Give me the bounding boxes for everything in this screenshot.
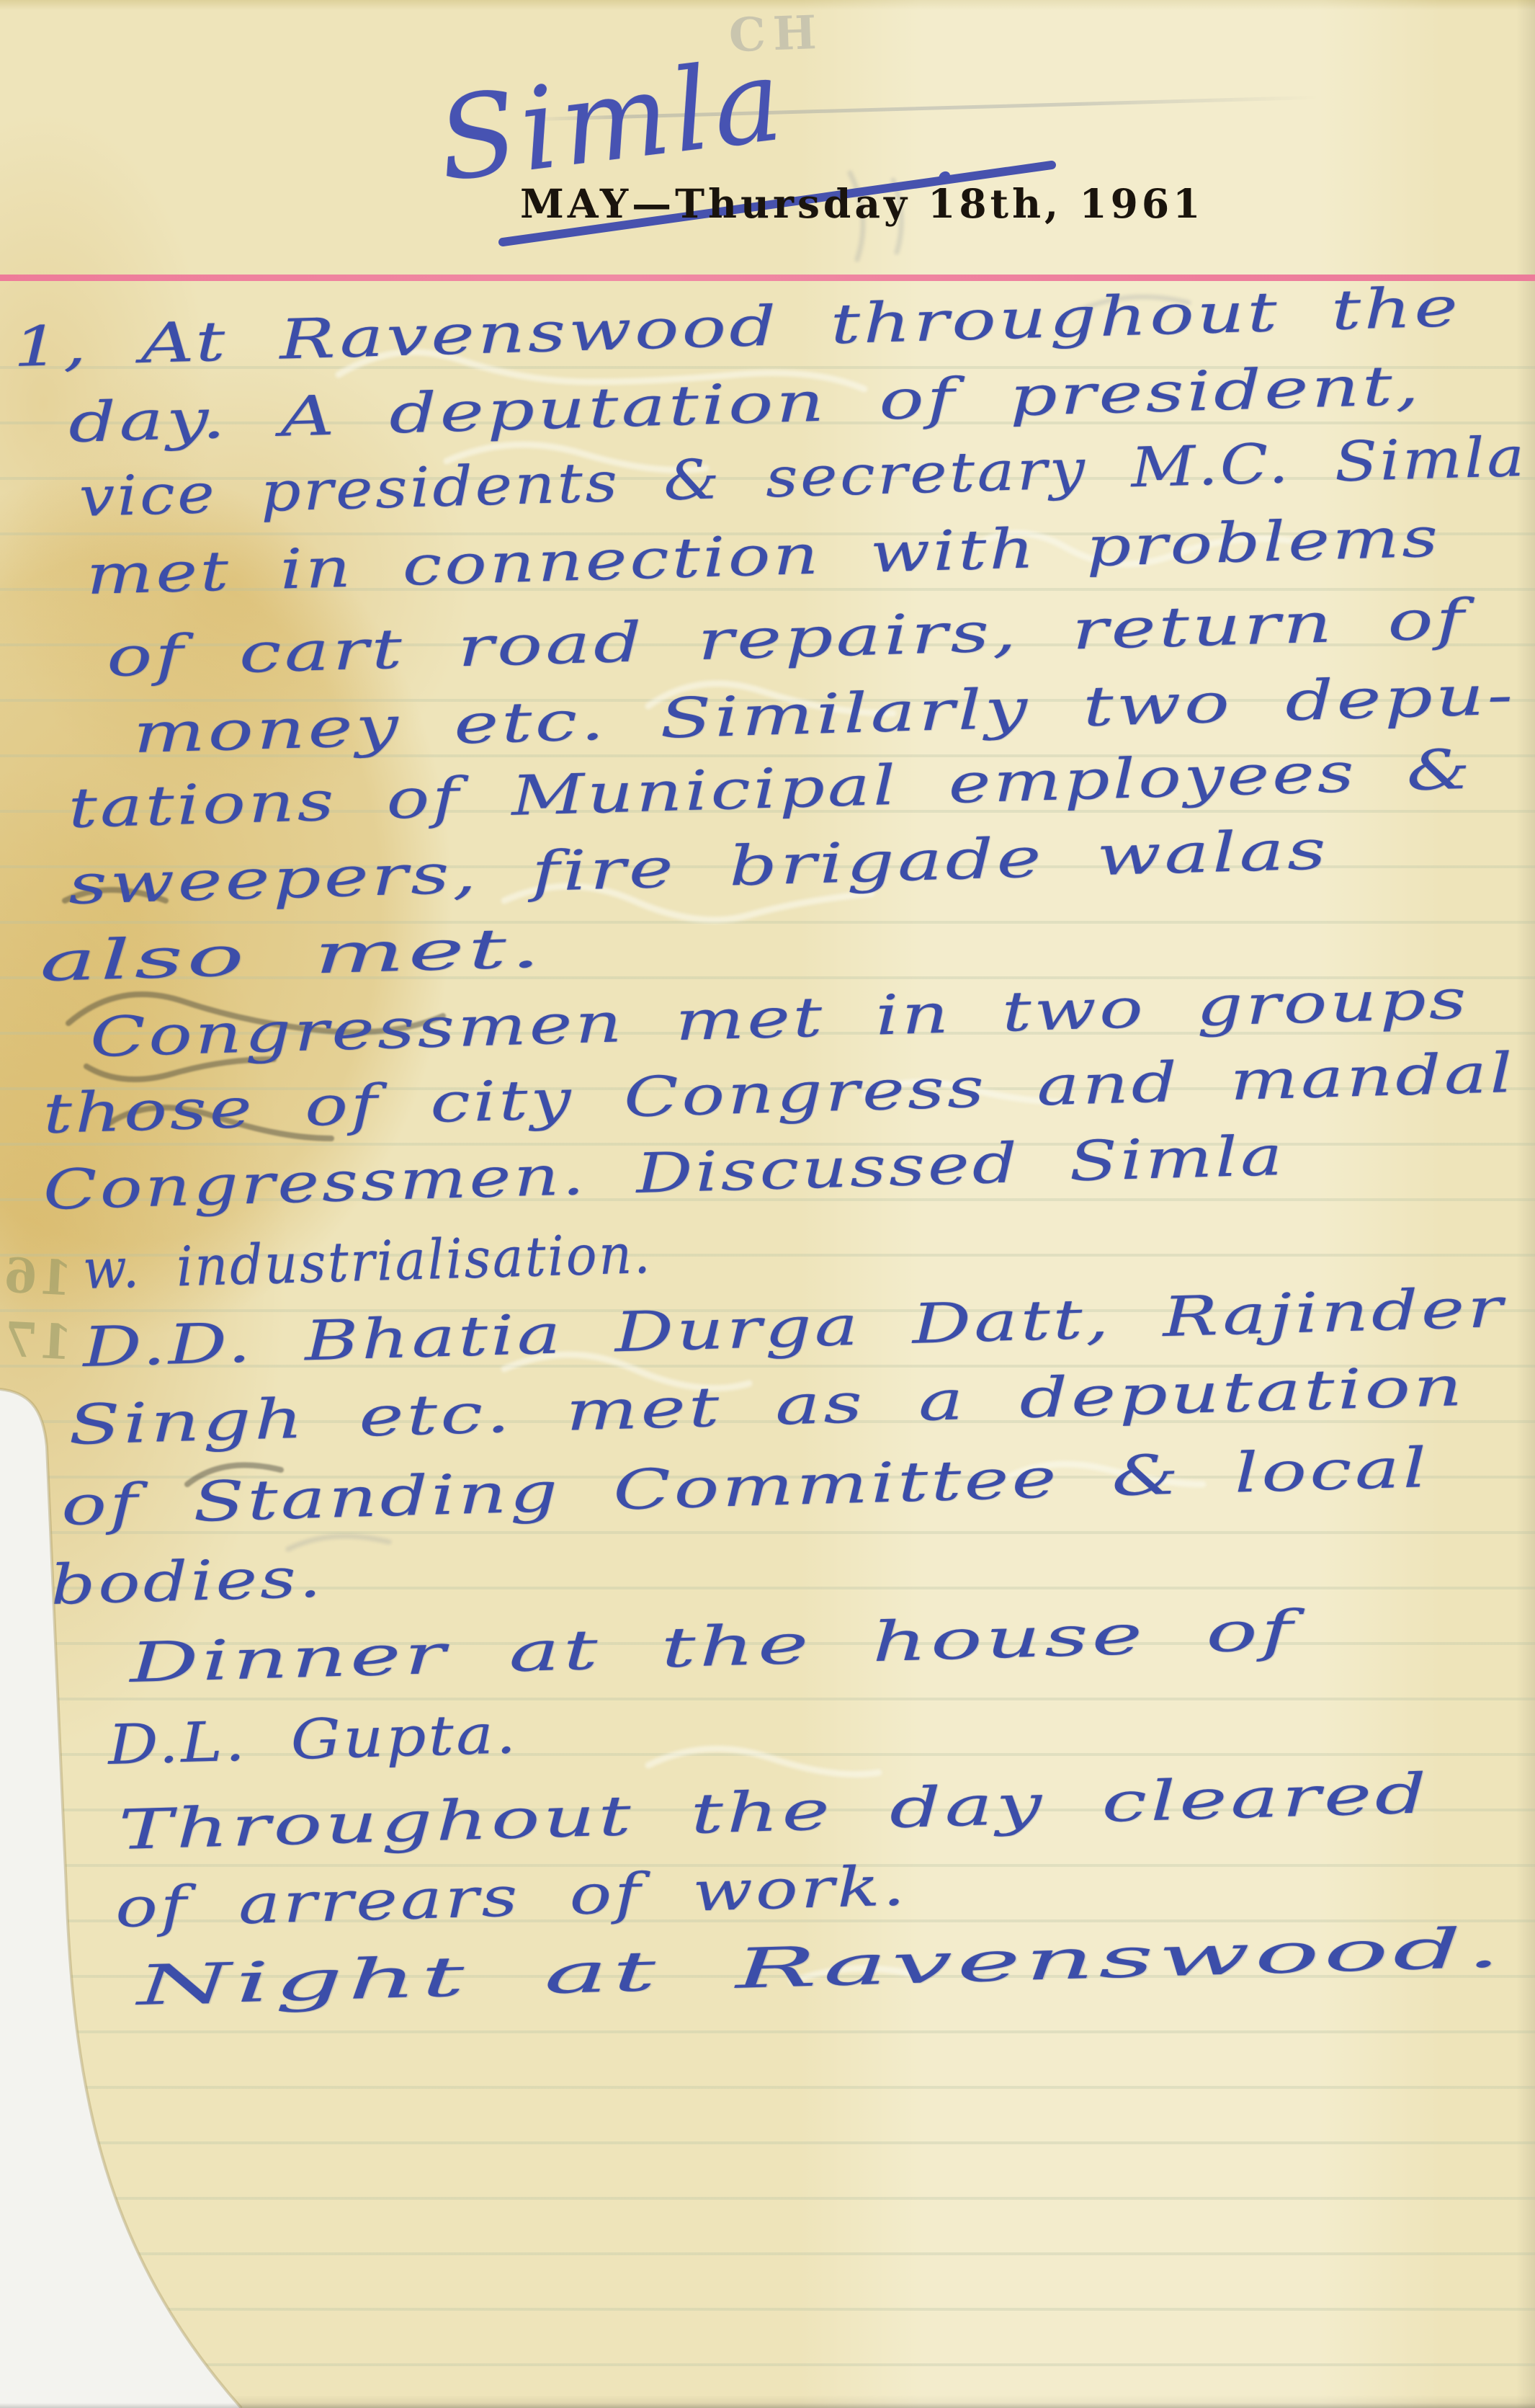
diary-page: CH Simla . MAY—Thursday 18th, 1961 16 17…	[0, 0, 1535, 2408]
scan-bottom-edge	[0, 2403, 1535, 2408]
page-corner-backing	[0, 0, 1535, 2408]
